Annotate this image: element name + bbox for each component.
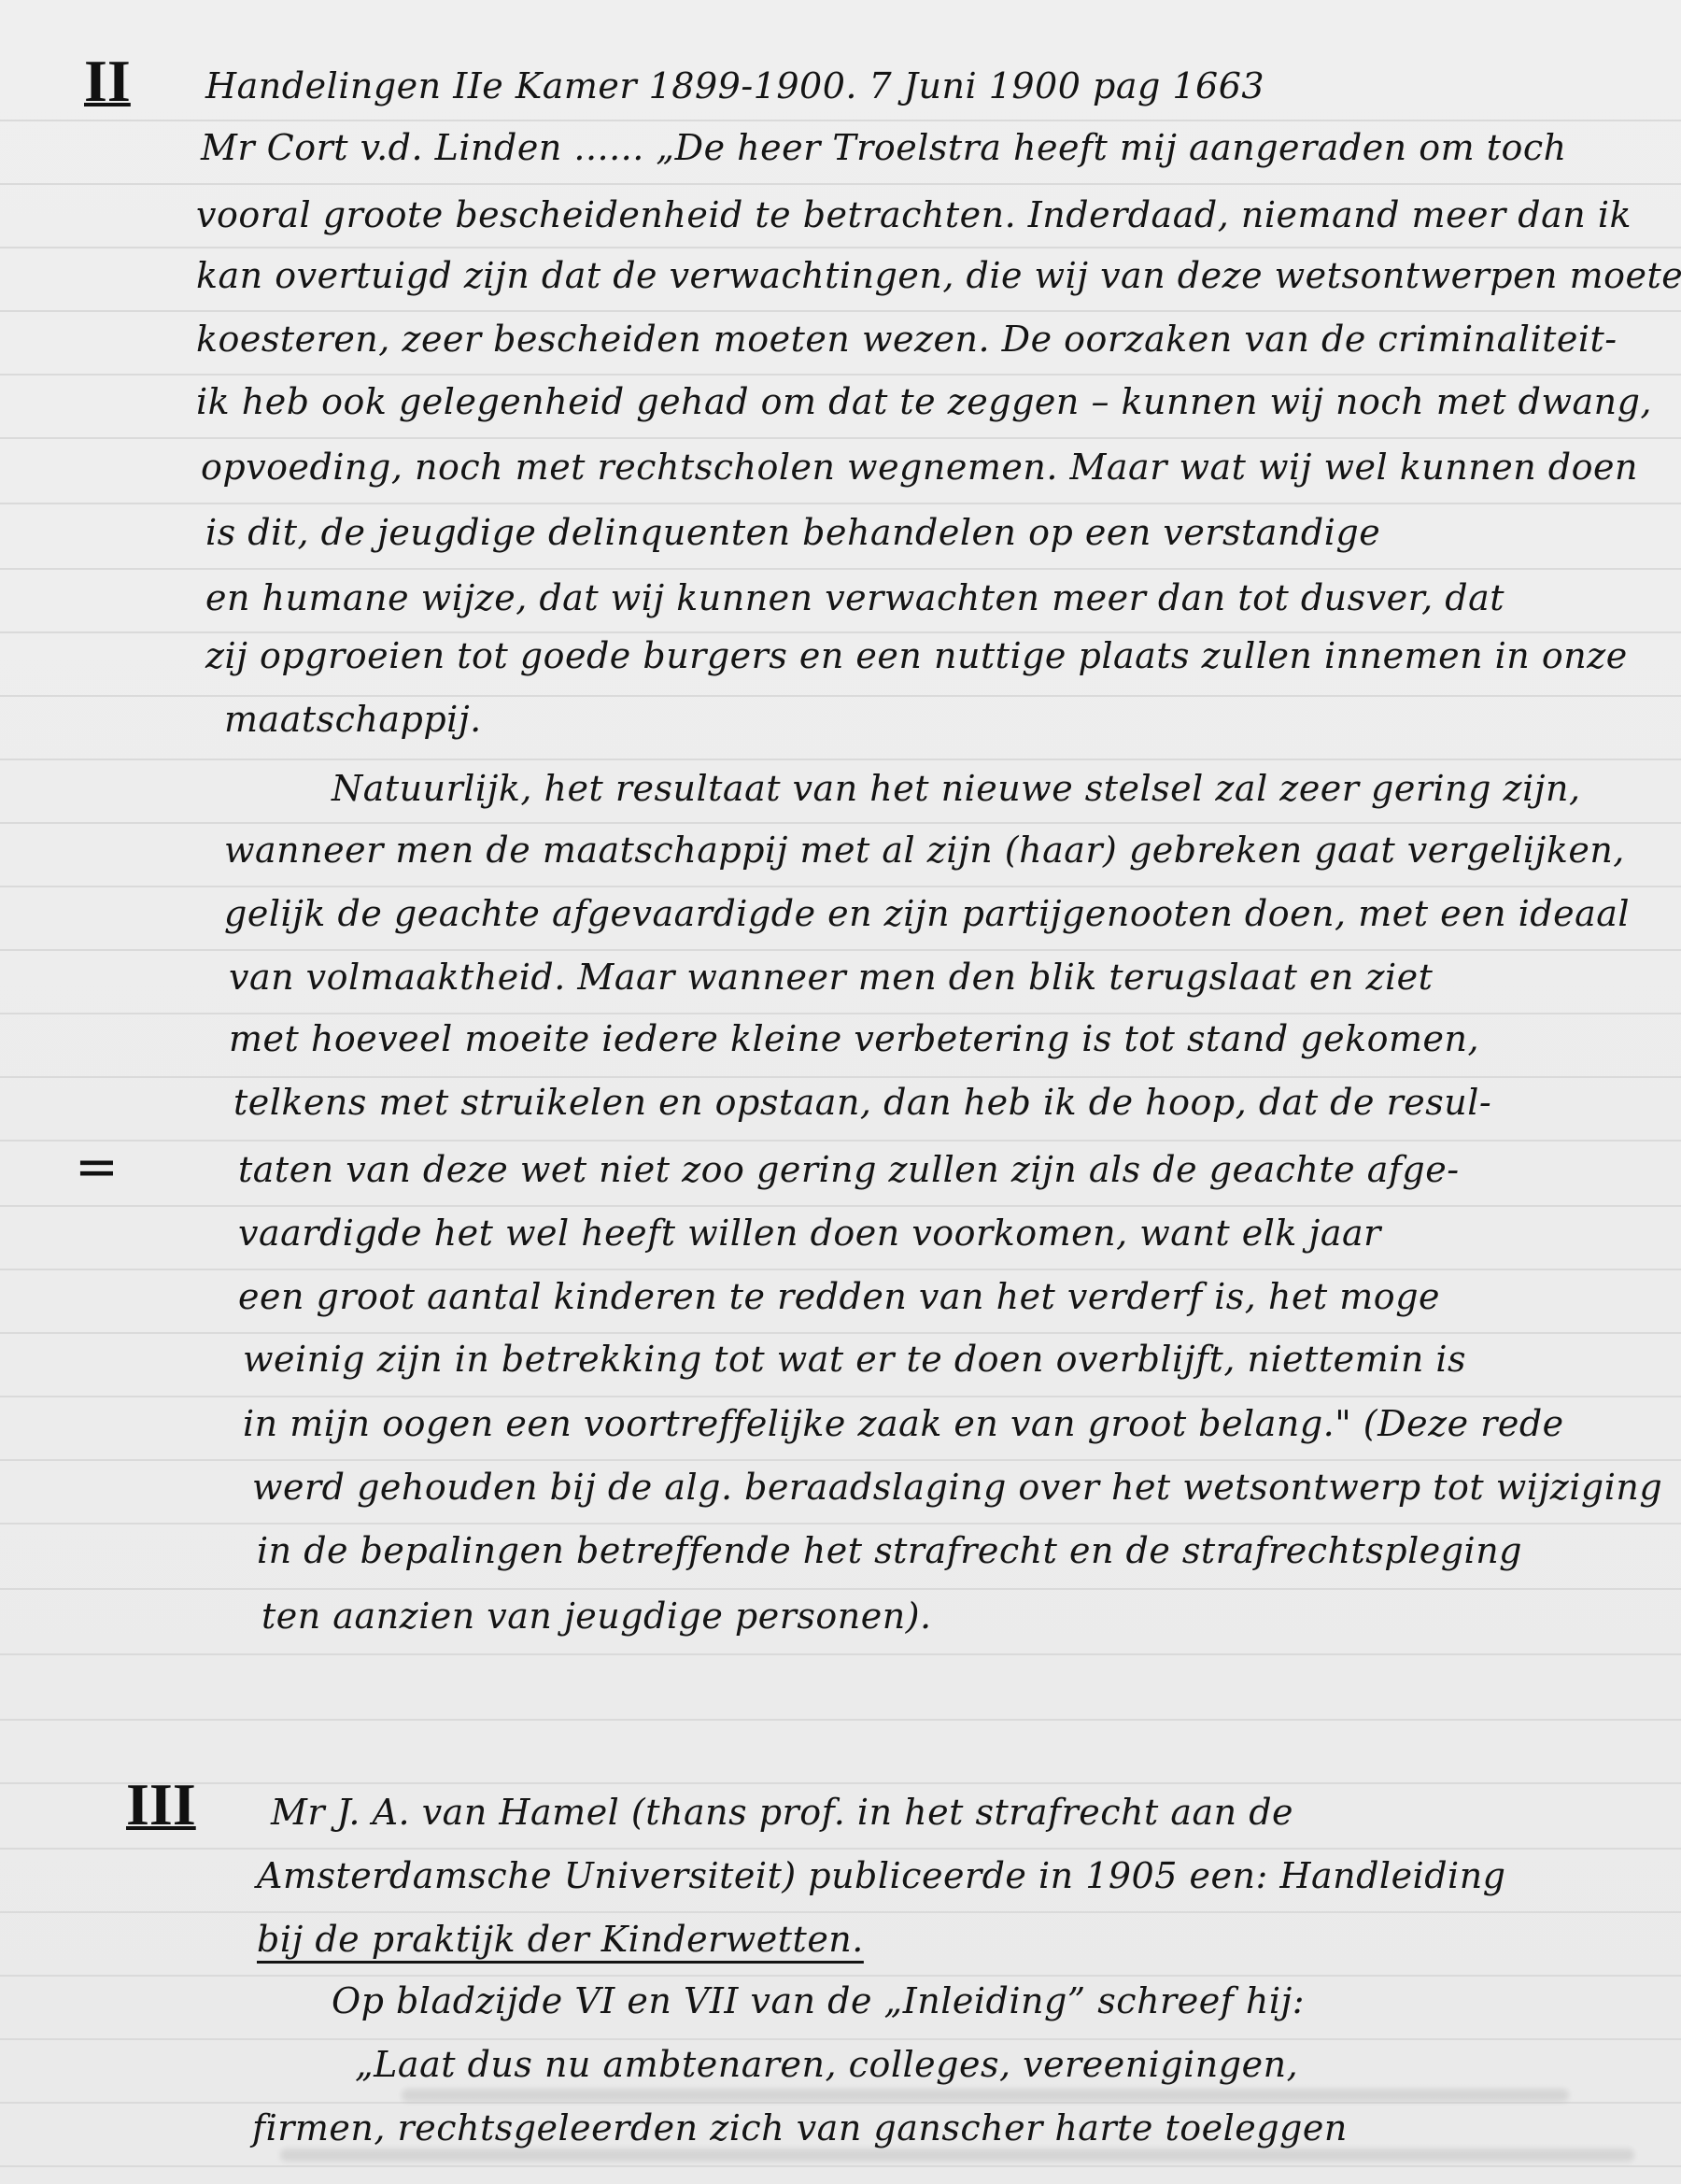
text-line: zij opgroeien tot goede burgers en een n… [205,628,1628,684]
text-line: gelijk de geachte afgevaardigde en zijn … [224,886,1630,942]
ruled-line [0,1653,1681,1655]
text-line: „Laat dus nu ambtenaren, colleges, veree… [355,2036,1298,2092]
bleed-through-smear [402,2089,1569,2102]
text-line: opvoeding, noch met rechtscholen wegneme… [201,439,1638,495]
ruled-line [0,183,1681,185]
section-2-heading: Handelingen IIe Kamer 1899-1900. 7 Juni … [205,58,1264,114]
text-line: wanneer men de maatschappij met al zijn … [224,822,1625,878]
text-line: ten aanzien van jeugdige personen). [261,1588,932,1644]
text-line: in de bepalingen betreffende het strafre… [257,1523,1522,1579]
text-line: koesteren, zeer bescheiden moeten wezen.… [196,311,1617,367]
margin-mark: = [75,1142,119,1194]
manuscript-page: II Handelingen IIe Kamer 1899-1900. 7 Ju… [0,0,1681,2184]
text-line: firmen, rechtsgeleerden zich van gansche… [252,2100,1348,2156]
text-line: maatschappij. [224,691,482,747]
text-line: werd gehouden bij de alg. beraadslaging … [252,1459,1662,1515]
text-line: Op bladzijde VI en VII van de „Inleiding… [332,1973,1305,2029]
text-line: van volmaaktheid. Maar wanneer men den b… [229,949,1433,1005]
section-numeral-2: II [84,51,131,111]
text-line: taten van deze wet niet zoo gering zulle… [238,1142,1460,1198]
ruled-line [0,2165,1681,2167]
text-line: Amsterdamsche Universiteit) publiceerde … [257,1848,1506,1904]
text-line: telkens met struikelen en opstaan, dan h… [233,1074,1491,1130]
text-line: en humane wijze, dat wij kunnen verwacht… [205,570,1504,626]
text-line: een groot aantal kinderen te redden van … [238,1269,1440,1325]
ruled-line [0,1719,1681,1721]
text-line: in mijn oogen een voortreffelijke zaak e… [243,1396,1564,1452]
text-line: vaardigde het wel heeft willen doen voor… [238,1205,1381,1261]
text-line: weinig zijn in betrekking tot wat er te … [243,1331,1466,1387]
section-numeral-3: III [126,1775,196,1835]
text-line: Mr Cort v.d. Linden ...... „De heer Troe… [201,120,1567,176]
text-line: is dit, de jeugdige delinquenten behande… [205,504,1380,560]
bleed-through-smear [280,2149,1634,2162]
text-line: ik heb ook gelegenheid gehad om dat te z… [196,374,1652,430]
text-line: kan overtuigd zijn dat de verwachtingen,… [196,248,1681,304]
text-line: Natuurlijk, het resultaat van het nieuwe… [332,760,1581,816]
book-title-underlined: bij de praktijk der Kinderwetten. [257,1911,864,1967]
text-line: Mr J. A. van Hamel (thans prof. in het s… [271,1784,1293,1840]
text-line: met hoeveel moeite iedere kleine verbete… [229,1011,1479,1067]
text-line: vooral groote bescheidenheid te betracht… [196,187,1632,243]
